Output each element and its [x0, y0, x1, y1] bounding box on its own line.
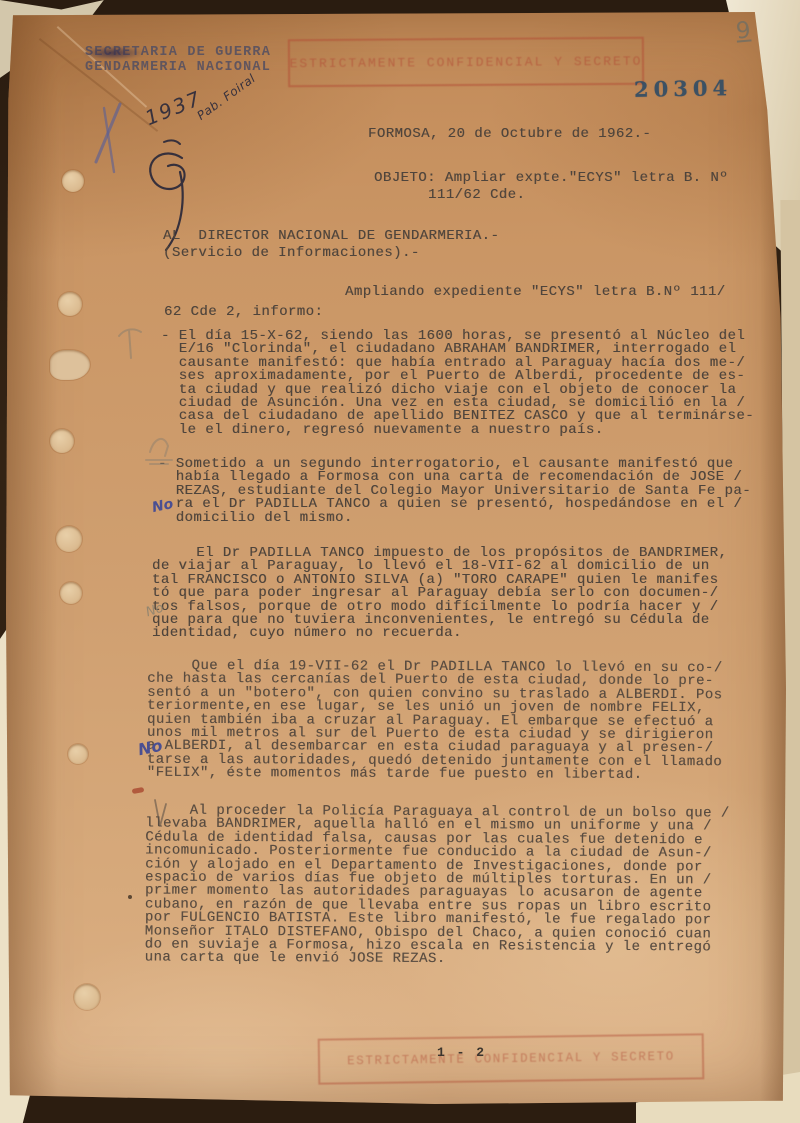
- classification-stamp-top-text: ESTRICTAMENTE CONFIDENCIAL Y SECRETO: [290, 53, 643, 70]
- subject-line1: OBJETO: Ampliar expte."ECYS" letra B. Nº: [374, 172, 728, 185]
- classification-stamp-bottom-text: ESTRICTAMENTE CONFIDENCIAL Y SECRETO: [347, 1050, 675, 1069]
- pencil-anchor-mark: [144, 432, 174, 466]
- red-ink-dot: [132, 787, 145, 794]
- punch-hole: [50, 429, 74, 453]
- classification-stamp-bottom: ESTRICTAMENTE CONFIDENCIAL Y SECRETO: [318, 1033, 705, 1084]
- ink-smudge: [82, 46, 144, 60]
- ink-speck: [128, 895, 132, 899]
- pencil-tick-mark: [117, 326, 143, 362]
- pencil-check-mark: [152, 798, 170, 830]
- paragraph-4: Que el día 19-VII-62 el Dr PADILLA TANCO…: [147, 660, 723, 783]
- punch-hole: [56, 526, 82, 552]
- punch-hole: [60, 582, 82, 604]
- scanned-document: SECRETARIA DE GUERRAGENDARMERIA NACIONAL…: [0, 0, 800, 1123]
- handwritten-page-number: 9: [735, 17, 752, 44]
- dateline: FORMOSA, 20 de Octubre de 1962.-: [368, 128, 651, 141]
- subject-line2: 111/62 Cde.: [428, 189, 525, 202]
- torn-patch: [50, 350, 90, 380]
- paragraph-5: Al proceder la Policía Paraguaya al cont…: [145, 804, 730, 968]
- page-footer-number: 1 - 2: [437, 1045, 486, 1060]
- punch-hole: [68, 744, 88, 764]
- classification-stamp-top: ESTRICTAMENTE CONFIDENCIAL Y SECRETO: [288, 37, 644, 87]
- handwritten-name: Pab. Foiral: [194, 71, 258, 123]
- punch-hole: [58, 292, 82, 316]
- punch-hole: [62, 170, 84, 192]
- addressee-line1: AL DIRECTOR NACIONAL DE GENDARMERIA.-: [163, 230, 499, 243]
- punch-hole: [74, 984, 100, 1010]
- intro-line1: Ampliando expediente "ECYS" letra B.Nº 1…: [345, 286, 726, 299]
- blue-crayon-mark: [90, 98, 130, 178]
- paragraph-2: - Sometido a un segundo interrogatorio, …: [158, 458, 751, 525]
- document-page: SECRETARIA DE GUERRAGENDARMERIA NACIONAL…: [6, 12, 786, 1104]
- addressee-line2: (Servicio de Informaciones).-: [163, 247, 420, 260]
- agency-stamp-line2: GENDARMERIA NACIONAL: [85, 60, 271, 75]
- paragraph-3: El Dr PADILLA TANCO impuesto de los prop…: [152, 547, 727, 641]
- paragraph-1: - El día 15-X-62, siendo las 1600 horas,…: [161, 330, 754, 437]
- intro-line2: 62 Cde 2, informo:: [164, 306, 323, 319]
- registry-number-stamp: 20304: [634, 75, 732, 102]
